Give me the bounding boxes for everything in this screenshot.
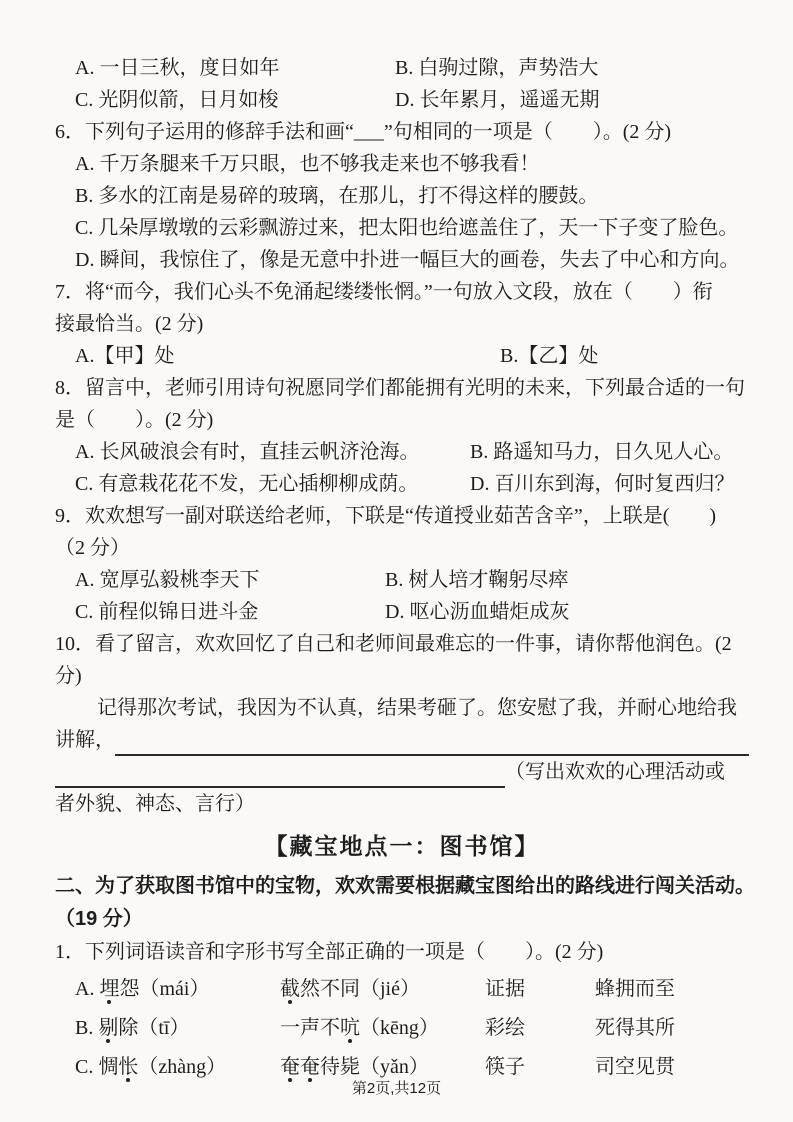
exam-paper-page: A. 一日三秋，度日如年 B. 白驹过隙，声势浩大 C. 光阴似箭，日月如梭 D… [0,0,793,1122]
q5-option-d: D. 长年累月，遥遥无期 [395,84,749,116]
q8-option-c: C. 有意栽花花不发，无心插柳柳成荫。 [75,468,470,500]
q7-option-a: A.【甲】处 [75,340,500,372]
q6-option-c: C. 几朵厚墩墩的云彩飘游过来，把太阳也给遮盖住了，天一下子变了脸色。 [75,212,749,244]
answer-blank-line-2 [55,762,505,788]
word-cell: 证据 [485,970,595,1009]
word-cell: 蜂拥而至 [595,970,749,1009]
q9-option-a: A. 宽厚弘毅桃李天下 [75,564,385,596]
q7-stem-line2: 接最恰当。(2 分) [55,308,749,340]
q6-option-b: B. 多水的江南是易碎的玻璃，在那儿，打不得这样的腰鼓。 [75,180,749,212]
q10-stem-line2: 分) [55,660,749,692]
q5-options-row-1: A. 一日三秋，度日如年 B. 白驹过隙，声势浩大 [55,52,749,84]
word-row: A. 埋怨（mái）截然不同（jié）证据蜂拥而至 [55,970,749,1009]
q8-stem-line1: 8．留言中，老师引用诗句祝愿同学们都能拥有光明的未来，下列最合适的一句 [55,372,749,404]
pronunciation-word-table: A. 埋怨（mái）截然不同（jié）证据蜂拥而至B. 剔除（tī）一声不吭（k… [55,970,749,1087]
word-row: B. 剔除（tī）一声不吭（kēng）彩绘死得其所 [55,1009,749,1048]
q7-stem-line1: 7．将“而今，我们心头不免涌起缕缕怅惘。”一句放入文段，放在（ ）衔 [55,276,749,308]
word-cell: 彩绘 [485,1009,595,1048]
q10-paragraph-lead: 讲解， [55,724,115,756]
page-number-footer: 第2页,共12页 [0,1077,793,1098]
q9-options-row-1: A. 宽厚弘毅桃李天下 B. 树人培才鞠躬尽瘁 [55,564,749,596]
q8-stem-line2: 是（ ）。(2 分) [55,404,749,436]
q10-stem-line1: 10．看了留言，欢欢回忆了自己和老师间最难忘的一件事，请你帮他润色。(2 [55,628,749,660]
q5-option-a: A. 一日三秋，度日如年 [75,52,395,84]
q7-options-row: A.【甲】处 B.【乙】处 [55,340,749,372]
word-cell: A. 埋怨（mái） [75,970,280,1009]
q6-option-a: A. 千万条腿来千万只眼，也不够我走来也不够我看！ [75,148,749,180]
word-cell: 死得其所 [595,1009,749,1048]
emphasis-dot-char: 埋 [99,978,119,1000]
q8-option-d: D. 百川东到海，何时复西归？ [470,468,749,500]
s2q1-stem: 1．下列词语读音和字形书写全部正确的一项是（ ）。(2 分) [55,936,749,968]
emphasis-dot-char: 奄 [280,1056,300,1078]
section2-intro-line2: （19 分） [55,903,749,936]
word-cell: 截然不同（jié） [280,970,485,1009]
q9-option-c: C. 前程似锦日进斗金 [75,596,385,628]
q6-stem: 6．下列句子运用的修辞手法和画“___”句相同的一项是（ ）。(2 分) [55,116,749,148]
q9-option-d: D. 呕心沥血蜡炬成灰 [385,596,749,628]
q10-blank-hint-row: （写出欢欢的心理活动或 [55,756,749,788]
treasure-location-heading: 【藏宝地点一：图书馆】 [55,829,749,863]
emphasis-dot-char: 奄 [300,1056,320,1078]
q8-options-row-1: A. 长风破浪会有时，直挂云帆济沧海。 B. 路遥知马力，日久见人心。 [55,436,749,468]
q5-option-c: C. 光阴似箭，日月如梭 [75,84,395,116]
q6-option-d: D. 瞬间，我惊住了，像是无意中扑进一幅巨大的画卷，失去了中心和方向。 [75,244,749,276]
q8-option-b: B. 路遥知马力，日久见人心。 [470,436,749,468]
q9-stem-line2: （2 分） [55,532,749,564]
word-cell: B. 剔除（tī） [75,1009,280,1048]
q10-hint-line2: 者外貌、神态、言行） [55,788,749,820]
q10-paragraph-line2: 讲解， [55,724,749,756]
q10-paragraph-line1: 记得那次考试，我因为不认真，结果考砸了。您安慰了我，并耐心地给我 [55,692,749,724]
q8-option-a: A. 长风破浪会有时，直挂云帆济沧海。 [75,436,470,468]
q5-option-b: B. 白驹过隙，声势浩大 [395,52,749,84]
q9-stem-line1: 9．欢欢想写一副对联送给老师，下联是“传道授业茹苦含辛”，上联是( ) [55,500,749,532]
q5-options-row-2: C. 光阴似箭，日月如梭 D. 长年累月，遥遥无期 [55,84,749,116]
q9-options-row-2: C. 前程似锦日进斗金 D. 呕心沥血蜡炬成灰 [55,596,749,628]
q8-options-row-2: C. 有意栽花花不发，无心插柳柳成荫。 D. 百川东到海，何时复西归？ [55,468,749,500]
emphasis-dot-char: 截 [280,978,300,1000]
q10-hint-line1: （写出欢欢的心理活动或 [505,756,725,788]
word-cell: 一声不吭（kēng） [280,1009,485,1048]
q7-option-b: B.【乙】处 [500,340,749,372]
emphasis-dot-char: 剔 [98,1017,118,1039]
emphasis-dot-char: 吭 [340,1017,360,1039]
q9-option-b: B. 树人培才鞠躬尽瘁 [385,564,749,596]
section2-intro-line1: 二、为了获取图书馆中的宝物，欢欢需要根据藏宝图给出的路线进行闯关活动。 [55,870,749,903]
emphasis-dot-char: 怅 [118,1056,138,1078]
answer-blank-line-1 [115,730,749,756]
